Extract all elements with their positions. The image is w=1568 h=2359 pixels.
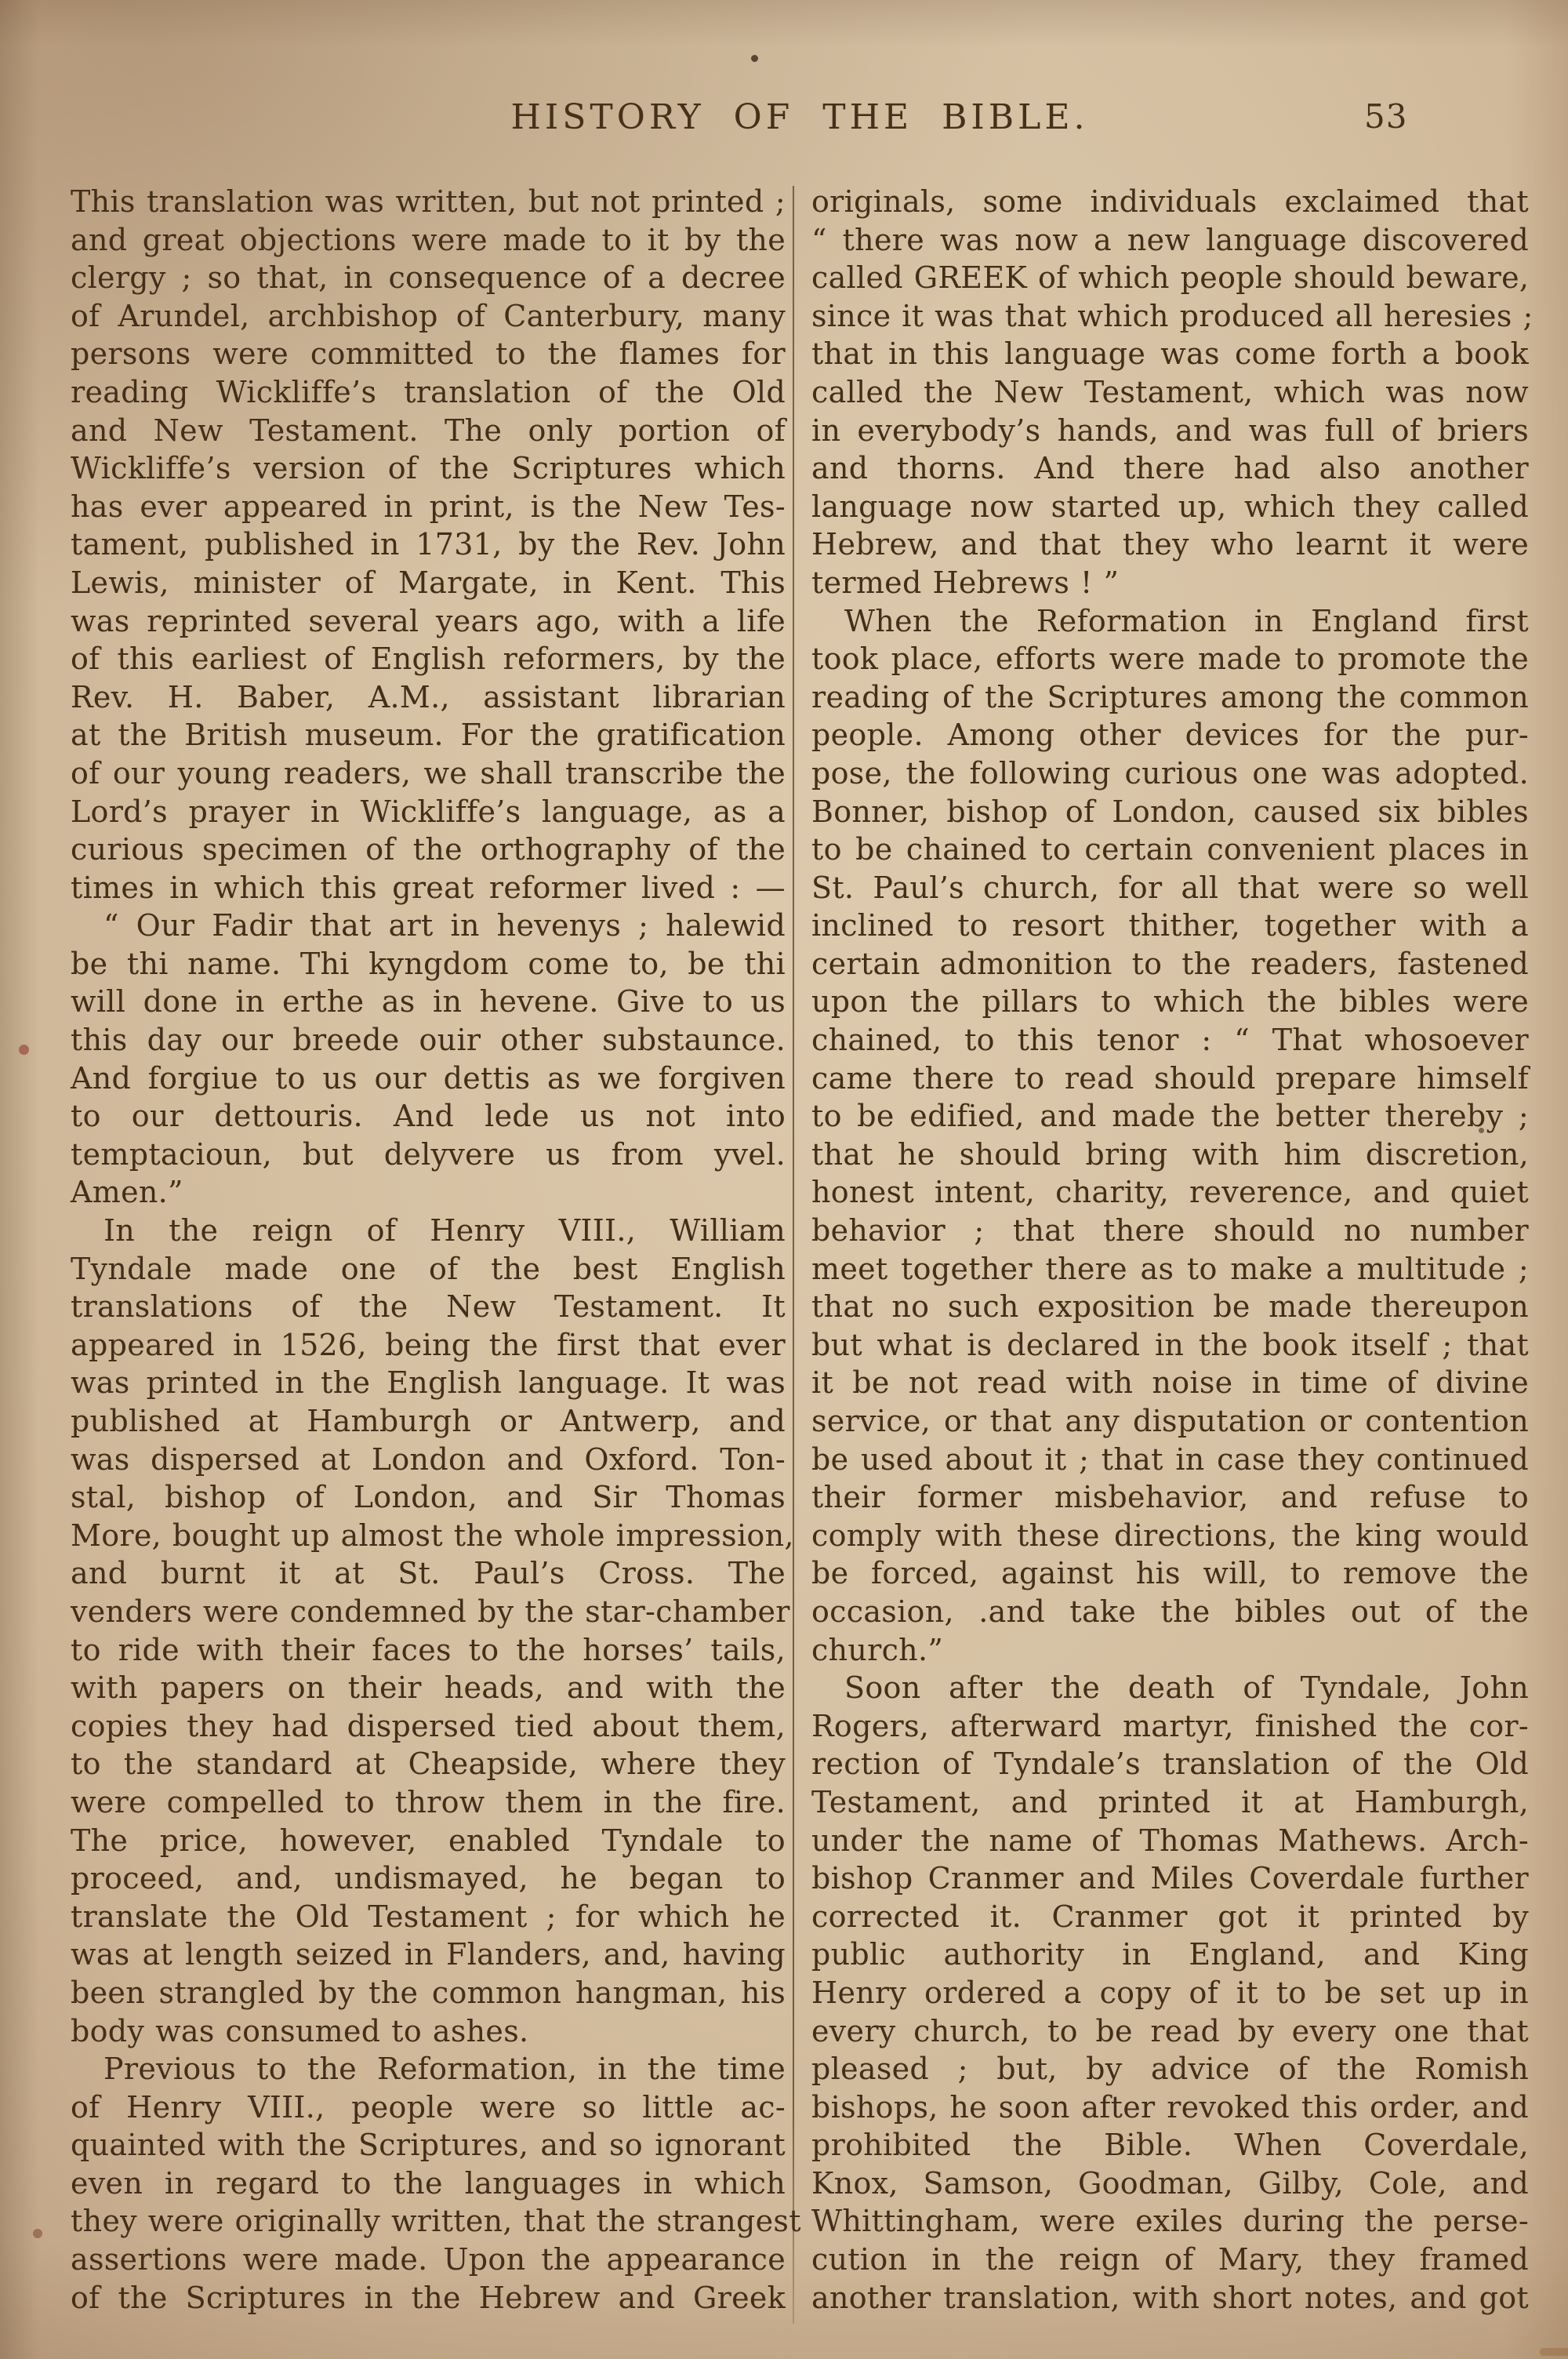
text-line: meet together there as to make a multitu… [811, 1250, 1529, 1289]
text-line: was printed in the English language. It … [71, 1364, 786, 1402]
text-line: language now started up, which they call… [811, 488, 1529, 526]
text-line: this day our breede ouir other substaunc… [71, 1021, 786, 1060]
text-line: even in regard to the languages in which [71, 2165, 786, 2203]
text-line: be forced, against his will, to remove t… [811, 1554, 1529, 1593]
text-line: church.” [811, 1631, 1529, 1670]
text-line: under the name of Thomas Mathews. Arch- [811, 1822, 1529, 1860]
text-line: was at length seized in Flanders, and, h… [71, 1936, 786, 1974]
text-line: Soon after the death of Tyndale, John [811, 1669, 1529, 1707]
text-line: with papers on their heads, and with the [71, 1669, 786, 1707]
text-line: Previous to the Reformation, in the time [71, 2050, 786, 2088]
paper-speck [19, 1045, 29, 1055]
text-line: appeared in 1526, being the first that e… [71, 1326, 786, 1365]
text-line: assertions were made. Upon the appearanc… [71, 2241, 786, 2279]
text-line: “ there was now a new language discovere… [811, 221, 1529, 260]
text-line: Wickliffe’s version of the Scriptures wh… [71, 449, 786, 488]
text-line: that in this language was come forth a b… [811, 335, 1529, 373]
text-line: In the reign of Henry VIII., William [71, 1212, 786, 1250]
text-line: Rogers, afterward martyr, finished the c… [811, 1707, 1529, 1746]
text-line: honest intent, charity, reverence, and q… [811, 1173, 1529, 1212]
text-line: be used about it ; that in case they con… [811, 1441, 1529, 1479]
text-line: Lewis, minister of Margate, in Kent. Thi… [71, 564, 786, 602]
text-line: to be edified, and made the better there… [811, 1097, 1529, 1136]
text-line: every church, to be read by every one th… [811, 2012, 1529, 2051]
text-line: and burnt it at St. Paul’s Cross. The [71, 1554, 786, 1593]
text-line: to the standard at Cheapside, where they [71, 1745, 786, 1783]
text-line: be thi name. Thi kyngdom come to, be thi [71, 945, 786, 983]
text-line: that he should bring with him discretion… [811, 1136, 1529, 1174]
text-line: has ever appeared in print, is the New T… [71, 488, 786, 526]
text-line: to be chained to certain convenient plac… [811, 831, 1529, 869]
text-line: venders were condemned by the star-chamb… [71, 1593, 786, 1631]
text-line: proceed, and, undismayed, he began to [71, 1859, 786, 1898]
text-line: More, bought up almost the whole impress… [71, 1517, 786, 1555]
text-line: of the Scriptures in the Hebrew and Gree… [71, 2279, 786, 2317]
text-line: translate the Old Testament ; for which … [71, 1898, 786, 1936]
text-line: copies they had dispersed tied about the… [71, 1707, 786, 1746]
paper-speck [1479, 1128, 1484, 1133]
text-line: body was consumed to ashes. [71, 2012, 786, 2051]
text-line: public authority in England, and King [811, 1936, 1529, 1974]
text-line: This translation was written, but not pr… [71, 183, 786, 221]
text-line: reading of the Scriptures among the comm… [811, 678, 1529, 717]
left-column: This translation was written, but not pr… [71, 183, 786, 2317]
text-line: at the British museum. For the gratifica… [71, 716, 786, 754]
text-line: in everybody’s hands, and was full of br… [811, 412, 1529, 450]
running-head: HISTORY OF THE BIBLE. 53 [71, 97, 1529, 144]
text-line: clergy ; so that, in consequence of a de… [71, 259, 786, 297]
text-line: Testament, and printed it at Hamburgh, [811, 1783, 1529, 1822]
text-line: of this earliest of English reformers, b… [71, 640, 786, 678]
text-line: of our young readers, we shall transcrib… [71, 754, 786, 793]
text-line: their former misbehavior, and refuse to [811, 1478, 1529, 1517]
text-line: behavior ; that there should no number [811, 1212, 1529, 1250]
text-line: and New Testament. The only portion of [71, 412, 786, 450]
text-line: that no such exposition be made thereupo… [811, 1288, 1529, 1326]
text-line: quainted with the Scriptures, and so ign… [71, 2126, 786, 2165]
text-line: been strangled by the common hangman, hi… [71, 1974, 786, 2012]
text-line: pleased ; but, by advice of the Romish [811, 2050, 1529, 2088]
text-line: Tyndale made one of the best English [71, 1250, 786, 1289]
text-line: and great objections were made to it by … [71, 221, 786, 260]
text-line: certain admonition to the readers, faste… [811, 945, 1529, 983]
right-column: originals, some individuals exclaimed th… [811, 183, 1529, 2317]
text-line: persons were committed to the flames for [71, 335, 786, 373]
text-line: cution in the reign of Mary, they framed [811, 2241, 1529, 2279]
text-line: of Arundel, archbishop of Canterbury, ma… [71, 297, 786, 336]
text-line: was dispersed at London and Oxford. Ton- [71, 1441, 786, 1479]
text-line: The price, however, enabled Tyndale to [71, 1822, 786, 1860]
text-line: to ride with their faces to the horses’ … [71, 1631, 786, 1670]
paper-speck [1540, 2348, 1568, 2356]
text-line: originals, some individuals exclaimed th… [811, 183, 1529, 221]
text-line: service, or that any disputation or cont… [811, 1402, 1529, 1441]
text-line: Henry ordered a copy of it to be set up … [811, 1974, 1529, 2012]
text-line: Hebrew, and that they who learnt it were [811, 525, 1529, 564]
text-line: “ Our Fadir that art in hevenys ; halewi… [71, 907, 786, 945]
page-title: HISTORY OF THE BIBLE. [511, 97, 1089, 137]
text-line: occasion, .and take the bibles out of th… [811, 1593, 1529, 1631]
text-line: reading Wickliffe’s translation of the O… [71, 373, 786, 412]
text-line: chained, to this tenor : “ That whosoeve… [811, 1021, 1529, 1060]
text-line: inclined to resort thither, together wit… [811, 907, 1529, 945]
text-line: will done in erthe as in hevene. Give to… [71, 983, 786, 1021]
column-gap [786, 183, 811, 2317]
text-line: prohibited the Bible. When Coverdale, [811, 2126, 1529, 2165]
text-line: Lord’s prayer in Wickliffe’s language, a… [71, 793, 786, 831]
text-line: upon the pillars to which the bibles wer… [811, 983, 1529, 1021]
text-line: translations of the New Testament. It [71, 1288, 786, 1326]
text-line: to our dettouris. And lede us not into [71, 1097, 786, 1136]
text-line: since it was that which produced all her… [811, 297, 1529, 336]
text-line: it be not read with noise in time of div… [811, 1364, 1529, 1402]
paper-speck [33, 2229, 42, 2238]
book-page: HISTORY OF THE BIBLE. 53 This translatio… [0, 0, 1568, 2359]
text-line: pose, the following curious one was adop… [811, 754, 1529, 793]
text-line: comply with these directions, the king w… [811, 1517, 1529, 1555]
text-line: was reprinted several years ago, with a … [71, 602, 786, 641]
text-line: stal, bishop of London, and Sir Thomas [71, 1478, 786, 1517]
text-line: And forgiue to us our dettis as we forgi… [71, 1060, 786, 1098]
text-line: were compelled to throw them in the fire… [71, 1783, 786, 1822]
text-line: called the New Testament, which was now [811, 373, 1529, 412]
text-line: termed Hebrews ! ” [811, 564, 1529, 602]
text-line: corrected it. Cranmer got it printed by [811, 1898, 1529, 1936]
text-line: they were originally written, that the s… [71, 2202, 786, 2241]
text-line: rection of Tyndale’s translation of the … [811, 1745, 1529, 1783]
text-line: people. Among other devices for the pur- [811, 716, 1529, 754]
text-line: called GREEK of which people should bewa… [811, 259, 1529, 297]
text-line: Rev. H. Baber, A.M., assistant librarian [71, 678, 786, 717]
text-line: bishop Cranmer and Miles Coverdale furth… [811, 1859, 1529, 1898]
text-line: Amen.” [71, 1173, 786, 1212]
text-line: curious specimen of the orthography of t… [71, 831, 786, 869]
paper-speck [751, 55, 758, 62]
text-line: of Henry VIII., people were so little ac… [71, 2088, 786, 2127]
text-line: Bonner, bishop of London, caused six bib… [811, 793, 1529, 831]
text-columns: This translation was written, but not pr… [71, 183, 1529, 2317]
page-number: 53 [1364, 97, 1407, 136]
text-line: Whittingham, were exiles during the pers… [811, 2202, 1529, 2241]
text-line: another translation, with short notes, a… [811, 2279, 1529, 2317]
text-line: published at Hamburgh or Antwerp, and [71, 1402, 786, 1441]
text-line: times in which this great reformer lived… [71, 869, 786, 907]
text-line: and thorns. And there had also another [811, 449, 1529, 488]
text-line: temptacioun, but delyvere us from yvel. [71, 1136, 786, 1174]
text-line: St. Paul’s church, for all that were so … [811, 869, 1529, 907]
text-line: but what is declared in the book itself … [811, 1326, 1529, 1365]
text-line: When the Reformation in England first [811, 602, 1529, 641]
text-line: tament, published in 1731, by the Rev. J… [71, 525, 786, 564]
text-line: bishops, he soon after revoked this orde… [811, 2088, 1529, 2127]
text-line: came there to read should prepare himsel… [811, 1060, 1529, 1098]
text-line: Knox, Samson, Goodman, Gilby, Cole, and [811, 2165, 1529, 2203]
text-line: took place, efforts were made to promote… [811, 640, 1529, 678]
